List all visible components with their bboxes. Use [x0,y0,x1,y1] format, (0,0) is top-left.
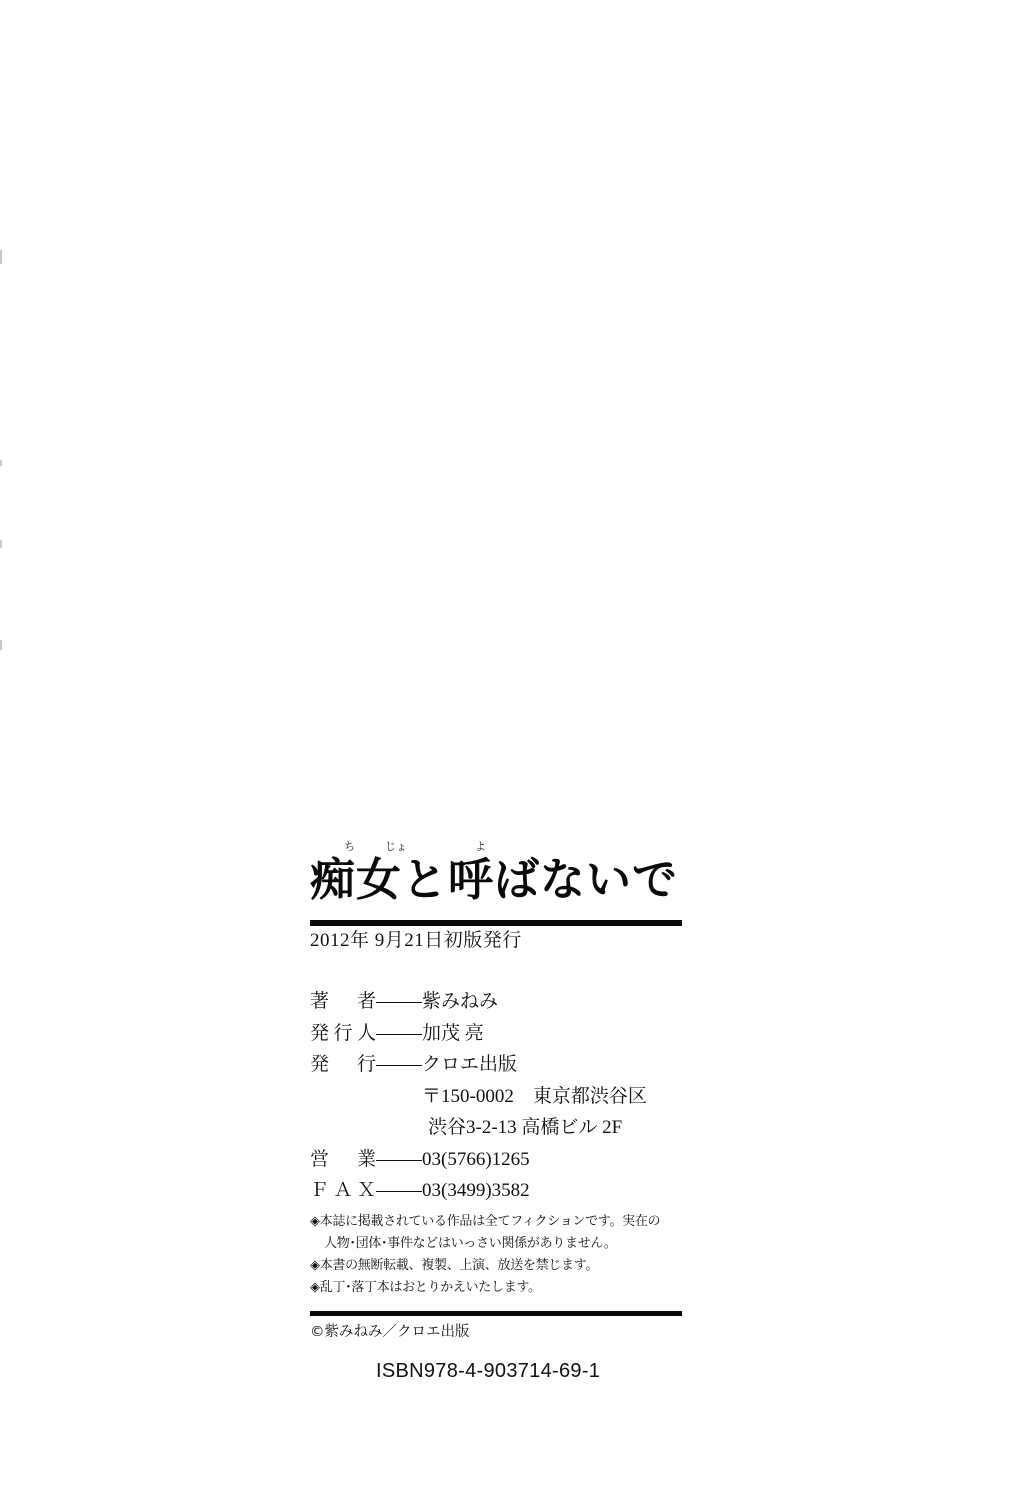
contact-label: ＦＡＸ [310,1175,376,1207]
note-fiction-cont: 人物･団体･事件などはいっさい関係がありません。 [310,1233,682,1255]
title-furigana: ち じょ よ [310,838,682,854]
credit-value: 加茂 亮 [422,1018,484,1050]
leader-dash [376,1034,422,1035]
leader-dash [376,1160,422,1161]
leader-dash [376,1002,422,1003]
scan-edge-mark [0,250,2,264]
book-title: 痴女と呼ばないで [310,854,682,906]
bottom-rule [310,1311,682,1316]
furigana-yo: よ [475,838,486,854]
address-line-1: 〒150-0002 東京都渋谷区 [310,1081,682,1113]
contact-sales: 営 業 03(5766)1265 [310,1144,682,1176]
colophon: ち じょ よ 痴女と呼ばないで 2012年 9月21日初版発行 著 者 紫みねみ… [310,838,682,1384]
legal-notes: ◈本誌に掲載されている作品は全てフィクションです。実在の 人物･団体･事件などは… [310,1211,682,1299]
credit-publisher-person: 発行人 加茂 亮 [310,1018,682,1050]
credit-publisher: 発 行 クロエ出版 [310,1049,682,1081]
scan-edge-mark [0,640,2,650]
leader-dash [376,1065,422,1066]
contact-value: 03(5766)1265 [422,1144,530,1176]
leader-dash [376,1191,422,1192]
publication-info: 著 者 紫みねみ 発行人 加茂 亮 発 行 クロエ出版 〒150-0002 東京… [310,986,682,1207]
scan-edge-mark [0,540,2,548]
credit-value: 紫みねみ [422,986,498,1018]
isbn: ISBN978-4-903714-69-1 [310,1358,682,1384]
note-fiction: ◈本誌に掲載されている作品は全てフィクションです。実在の [310,1211,682,1233]
credit-author: 著 者 紫みねみ [310,986,682,1018]
contact-fax: ＦＡＸ 03(3499)3582 [310,1175,682,1207]
credit-value: クロエ出版 [422,1049,517,1081]
scan-edge-mark [0,460,2,466]
copyright-line: ©紫みねみ／クロエ出版 [310,1320,682,1344]
credit-label: 発行人 [310,1018,376,1050]
contact-label: 営 業 [310,1144,376,1176]
credit-label: 著 者 [310,986,376,1018]
furigana-chi: ち [344,838,355,854]
credit-label: 発 行 [310,1049,376,1081]
publication-date: 2012年 9月21日初版発行 [310,928,682,954]
address-line-2: 渋谷3-2-13 高橋ビル 2F [310,1112,682,1144]
note-replacement: ◈乱丁･落丁本はおとりかえいたします。 [310,1277,682,1299]
note-reproduction: ◈本書の無断転載、複製、上演、放送を禁じます。 [310,1255,682,1277]
contact-value: 03(3499)3582 [422,1175,530,1207]
title-rule [310,920,682,926]
furigana-jo: じょ [385,838,407,854]
